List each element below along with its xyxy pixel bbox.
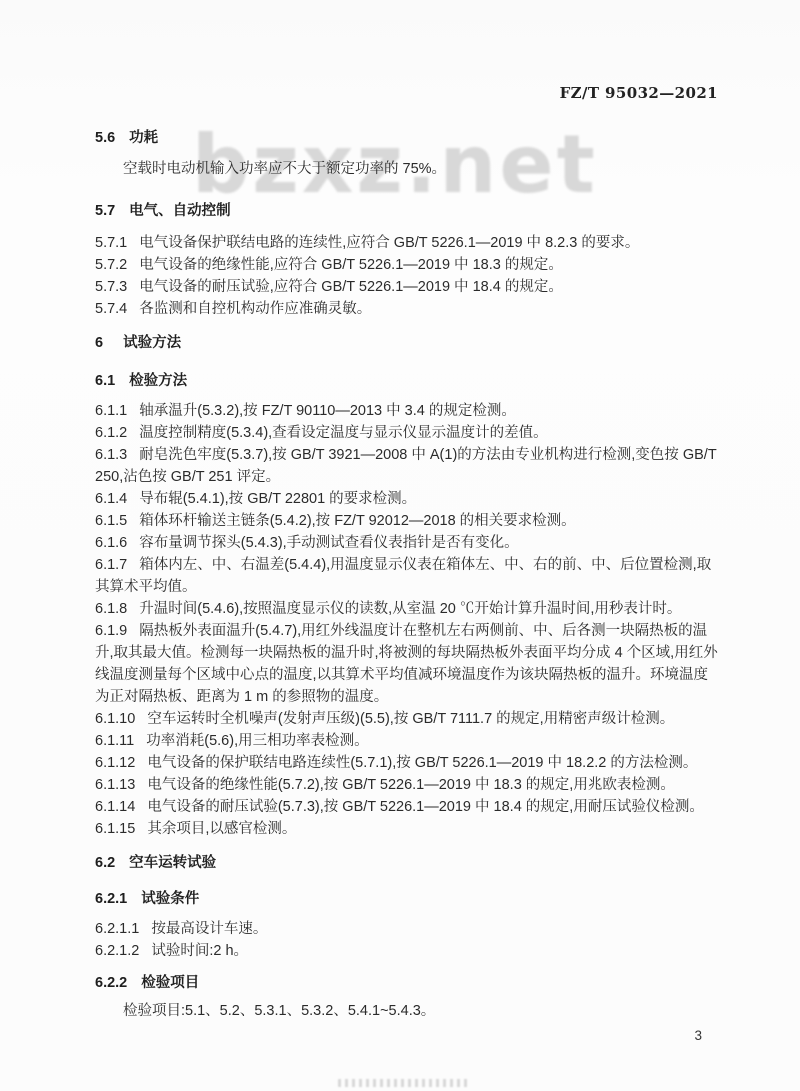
clause-number: 6.1.6	[95, 532, 127, 554]
clause-title: 试验方法	[123, 335, 181, 351]
para-6-1-14: 6.1.14电气设备的耐压试验(5.7.3),按 GB/T 5226.1—201…	[95, 796, 721, 818]
para-6-1-13: 6.1.13电气设备的绝缘性能(5.7.2),按 GB/T 5226.1—201…	[95, 774, 721, 796]
clause-text: 温度控制精度(5.3.4),查看设定温度与显示仪显示温度计的差值。	[139, 425, 547, 441]
para-6-2-2-body: 检验项目:5.1、5.2、5.3.1、5.3.2、5.4.1~5.4.3。	[95, 1000, 721, 1022]
heading-6-2: 6.2空车运转试验	[95, 852, 721, 874]
clause-number: 6.1.5	[95, 510, 127, 532]
para-6-1-3: 6.1.3耐皂洗色牢度(5.3.7),按 GB/T 3921—2008 中 A(…	[95, 444, 721, 488]
clause-text: 空载时电动机输入功率应不大于额定功率的 75%。	[123, 161, 446, 177]
clause-text: 检验项目:5.1、5.2、5.3.1、5.3.2、5.4.1~5.4.3。	[123, 1003, 435, 1019]
clause-number: 6.1.7	[95, 554, 127, 576]
clause-text: 电气设备的保护联结电路连续性(5.7.1),按 GB/T 5226.1—2019…	[147, 755, 697, 771]
para-5-7-1: 5.7.1电气设备保护联结电路的连续性,应符合 GB/T 5226.1—2019…	[95, 232, 721, 254]
clause-number: 5.7.4	[95, 298, 127, 320]
clause-text: 隔热板外表面温升(5.4.7),用红外线温度计在整机左右两侧前、中、后各测一块隔…	[95, 623, 718, 705]
clause-number: 6.2.1	[95, 888, 127, 910]
clause-text: 试验时间:2 h。	[151, 943, 248, 959]
para-6-1-1: 6.1.1轴承温升(5.3.2),按 FZ/T 90110—2013 中 3.4…	[95, 400, 721, 422]
clause-number: 6.1.9	[95, 620, 127, 642]
clause-text: 电气设备保护联结电路的连续性,应符合 GB/T 5226.1—2019 中 8.…	[139, 235, 639, 251]
heading-5-7: 5.7电气、自动控制	[95, 200, 721, 222]
clause-number: 6.2.2	[95, 972, 127, 994]
para-5-7-3: 5.7.3电气设备的耐压试验,应符合 GB/T 5226.1—2019 中 18…	[95, 276, 721, 298]
para-6-1-4: 6.1.4导布辊(5.4.1),按 GB/T 22801 的要求检测。	[95, 488, 721, 510]
clause-text: 功率消耗(5.6),用三相功率表检测。	[146, 733, 368, 749]
clause-text: 电气设备的绝缘性能,应符合 GB/T 5226.1—2019 中 18.3 的规…	[139, 257, 563, 273]
clause-number: 5.7.3	[95, 276, 127, 298]
clause-text: 箱体内左、中、右温差(5.4.4),用温度显示仪表在箱体左、中、右的前、中、后位…	[95, 557, 711, 595]
clause-number: 6.1.3	[95, 444, 127, 466]
clause-number: 6.1.1	[95, 400, 127, 422]
para-6-1-6: 6.1.6容布量调节探头(5.4.3),手动测试查看仪表指针是否有变化。	[95, 532, 721, 554]
clause-number: 5.7.2	[95, 254, 127, 276]
clause-text: 电气设备的耐压试验,应符合 GB/T 5226.1—2019 中 18.4 的规…	[139, 279, 563, 295]
clause-number: 6.2	[95, 852, 115, 874]
clause-text: 耐皂洗色牢度(5.3.7),按 GB/T 3921—2008 中 A(1)的方法…	[95, 447, 716, 485]
clause-text: 升温时间(5.4.6),按照温度显示仪的读数,从室温 20 ℃开始计算升温时间,…	[139, 601, 681, 617]
clause-text: 容布量调节探头(5.4.3),手动测试查看仪表指针是否有变化。	[139, 535, 518, 551]
clause-number: 6.1.14	[95, 796, 135, 818]
page-content: 5.6功耗 空载时电动机输入功率应不大于额定功率的 75%。 5.7电气、自动控…	[95, 118, 721, 1022]
clause-number: 6	[95, 332, 103, 354]
para-6-2-1-2: 6.2.1.2试验时间:2 h。	[95, 940, 721, 962]
clause-text: 电气设备的绝缘性能(5.7.2),按 GB/T 5226.1—2019 中 18…	[147, 777, 675, 793]
clause-title: 检验项目	[141, 975, 199, 991]
para-6-1-2: 6.1.2温度控制精度(5.3.4),查看设定温度与显示仪显示温度计的差值。	[95, 422, 721, 444]
clause-number: 5.6	[95, 127, 115, 149]
heading-6-1: 6.1检验方法	[95, 370, 721, 392]
clause-number: 6.1.15	[95, 818, 135, 840]
clause-title: 空车运转试验	[129, 855, 216, 871]
cropped-footer-fragment	[338, 1079, 470, 1087]
clause-number: 6.1	[95, 370, 115, 392]
para-5-7-4: 5.7.4各监测和自控机构动作应准确灵敏。	[95, 298, 721, 320]
para-6-1-7: 6.1.7箱体内左、中、右温差(5.4.4),用温度显示仪表在箱体左、中、右的前…	[95, 554, 721, 598]
clause-number: 6.1.13	[95, 774, 135, 796]
para-6-2-1-1: 6.2.1.1按最高设计车速。	[95, 918, 721, 940]
clause-text: 箱体环杆输送主链条(5.4.2),按 FZ/T 92012—2018 的相关要求…	[139, 513, 575, 529]
clause-text: 各监测和自控机构动作应准确灵敏。	[139, 301, 371, 317]
clause-number: 5.7.1	[95, 232, 127, 254]
clause-number: 6.1.4	[95, 488, 127, 510]
clause-text: 轴承温升(5.3.2),按 FZ/T 90110—2013 中 3.4 的规定检…	[139, 403, 516, 419]
para-5-7-2: 5.7.2电气设备的绝缘性能,应符合 GB/T 5226.1—2019 中 18…	[95, 254, 721, 276]
document-page: bzxz.net FZ/T 95032—2021 5.6功耗 空载时电动机输入功…	[0, 0, 800, 1091]
clause-text: 按最高设计车速。	[151, 921, 267, 937]
para-6-1-15: 6.1.15其余项目,以感官检测。	[95, 818, 721, 840]
clause-title: 试验条件	[141, 891, 199, 907]
para-6-1-5: 6.1.5箱体环杆输送主链条(5.4.2),按 FZ/T 92012—2018 …	[95, 510, 721, 532]
para-6-1-12: 6.1.12电气设备的保护联结电路连续性(5.7.1),按 GB/T 5226.…	[95, 752, 721, 774]
para-6-1-8: 6.1.8升温时间(5.4.6),按照温度显示仪的读数,从室温 20 ℃开始计算…	[95, 598, 721, 620]
clause-number: 6.1.12	[95, 752, 135, 774]
clause-number: 5.7	[95, 200, 115, 222]
para-6-1-11: 6.1.11功率消耗(5.6),用三相功率表检测。	[95, 730, 721, 752]
para-6-1-10: 6.1.10空车运转时全机噪声(发射声压级)(5.5),按 GB/T 7111.…	[95, 708, 721, 730]
clause-number: 6.1.11	[95, 730, 134, 752]
clause-text: 导布辊(5.4.1),按 GB/T 22801 的要求检测。	[139, 491, 416, 507]
clause-number: 6.2.1.1	[95, 918, 139, 940]
heading-5-6: 5.6功耗	[95, 127, 721, 149]
clause-number: 6.2.1.2	[95, 940, 139, 962]
clause-title: 功耗	[129, 130, 158, 146]
clause-text: 其余项目,以感官检测。	[147, 821, 296, 837]
clause-number: 6.1.10	[95, 708, 135, 730]
clause-text: 空车运转时全机噪声(发射声压级)(5.5),按 GB/T 7111.7 的规定,…	[147, 711, 674, 727]
heading-6-2-1: 6.2.1试验条件	[95, 888, 721, 910]
clause-text: 电气设备的耐压试验(5.7.3),按 GB/T 5226.1—2019 中 18…	[147, 799, 704, 815]
clause-title: 电气、自动控制	[129, 203, 231, 219]
clause-title: 检验方法	[129, 373, 187, 389]
clause-number: 6.1.2	[95, 422, 127, 444]
clause-number: 6.1.8	[95, 598, 127, 620]
para-6-1-9: 6.1.9隔热板外表面温升(5.4.7),用红外线温度计在整机左右两侧前、中、后…	[95, 620, 721, 708]
heading-6: 6试验方法	[95, 332, 721, 354]
para-5-6-body: 空载时电动机输入功率应不大于额定功率的 75%。	[95, 158, 721, 180]
standard-code: FZ/T 95032—2021	[560, 84, 718, 102]
page-number: 3	[694, 1028, 702, 1043]
heading-6-2-2: 6.2.2检验项目	[95, 972, 721, 994]
